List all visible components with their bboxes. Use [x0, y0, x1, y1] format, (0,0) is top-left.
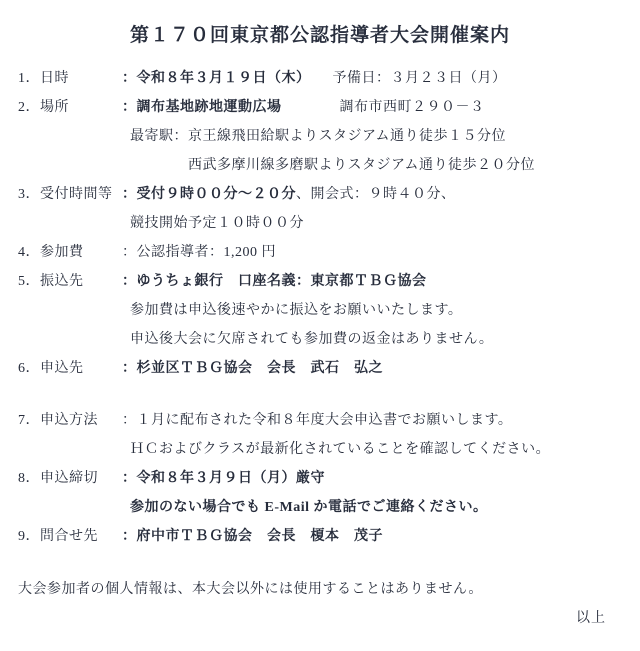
item-row-2-location: 2．場所 ：調布基地跡地運動広場 調布市西町２９０－３	[0, 93, 640, 122]
item-label: 2．場所	[18, 93, 122, 122]
continuation-line-payment-note-2: 申込後大会に欠席されても参加費の返金はありません。	[0, 325, 640, 354]
item-row-9-inquiry: 9．問合せ先 ：府中市ＴＢＧ協会 会長 榎本 茂子	[0, 522, 640, 551]
document-body: 1．日時 ：令和８年３月１９日（木） 予備日：３月２３日（月） 2．場所 ：調布…	[0, 50, 640, 551]
announcement-document: 第１７０回東京都公認指導者大会開催案内 1．日時 ：令和８年３月１９日（木） 予…	[0, 0, 640, 651]
document-title: 第１７０回東京都公認指導者大会開催案内	[0, 0, 640, 50]
closing-mark: 以上	[0, 604, 640, 633]
item-row-3-reception-time: 3．受付時間等 ：受付９時００分～２０分、開会式：９時４０分、	[0, 180, 640, 209]
continuation-line-payment-note-1: 参加費は申込後速やかに振込をお願いいたします。	[0, 296, 640, 325]
item-value: ：１月に配布された令和８年度大会申込書でお願いします。	[122, 406, 640, 435]
item-label: 3．受付時間等	[18, 180, 122, 209]
continuation-line-station-1: 最寄駅：京王線飛田給駅よりスタジアム通り徒歩１５分位	[0, 122, 640, 151]
continuation-line-contact-note: 参加のない場合でも E-Mail か電話でご連絡ください。	[0, 493, 640, 522]
item-value: ：受付９時００分～２０分、開会式：９時４０分、	[122, 180, 640, 209]
item-value: ：府中市ＴＢＧ協会 会長 榎本 茂子	[122, 522, 640, 551]
item-label: 6．申込先	[18, 354, 122, 383]
item-label: 5．振込先	[18, 267, 122, 296]
item-row-8-deadline: 8．申込締切 ：令和８年３月９日（月）厳守	[0, 464, 640, 493]
privacy-note: 大会参加者の個人情報は、本大会以外には使用することはありません。	[0, 575, 640, 604]
item-row-6-application-address: 6．申込先 ：杉並区ＴＢＧ協会 会長 武石 弘之	[0, 354, 640, 383]
item-label: 4．参加費	[18, 238, 122, 267]
item-label: 1．日時	[18, 64, 122, 93]
item-row-4-fee: 4．参加費 ：公認指導者：1,200 円	[0, 238, 640, 267]
item-row-5-bank-transfer: 5．振込先 ：ゆうちょ銀行 口座名義：東京都ＴＢＧ協会	[0, 267, 640, 296]
item-label: 8．申込締切	[18, 464, 122, 493]
item-row-7-application-method: 7．申込方法 ：１月に配布された令和８年度大会申込書でお願いします。	[0, 406, 640, 435]
continuation-line-start-time: 競技開始予定１０時００分	[0, 209, 640, 238]
item-value: ：公認指導者：1,200 円	[122, 238, 640, 267]
continuation-line-hc-class-note: ＨＣおよびクラスが最新化されていることを確認してください。	[0, 435, 640, 464]
item-value: ：ゆうちょ銀行 口座名義：東京都ＴＢＧ協会	[122, 267, 640, 296]
item-value: ：令和８年３月１９日（木） 予備日：３月２３日（月）	[122, 64, 640, 93]
continuation-line-station-2: 西武多摩川線多磨駅よりスタジアム通り徒歩２０分位	[0, 151, 640, 180]
item-value: ：調布基地跡地運動広場 調布市西町２９０－３	[122, 93, 640, 122]
item-label: 9．問合せ先	[18, 522, 122, 551]
item-value: ：令和８年３月９日（月）厳守	[122, 464, 640, 493]
item-label: 7．申込方法	[18, 406, 122, 435]
item-row-1-datetime: 1．日時 ：令和８年３月１９日（木） 予備日：３月２３日（月）	[0, 64, 640, 93]
item-value: ：杉並区ＴＢＧ協会 会長 武石 弘之	[122, 354, 640, 383]
